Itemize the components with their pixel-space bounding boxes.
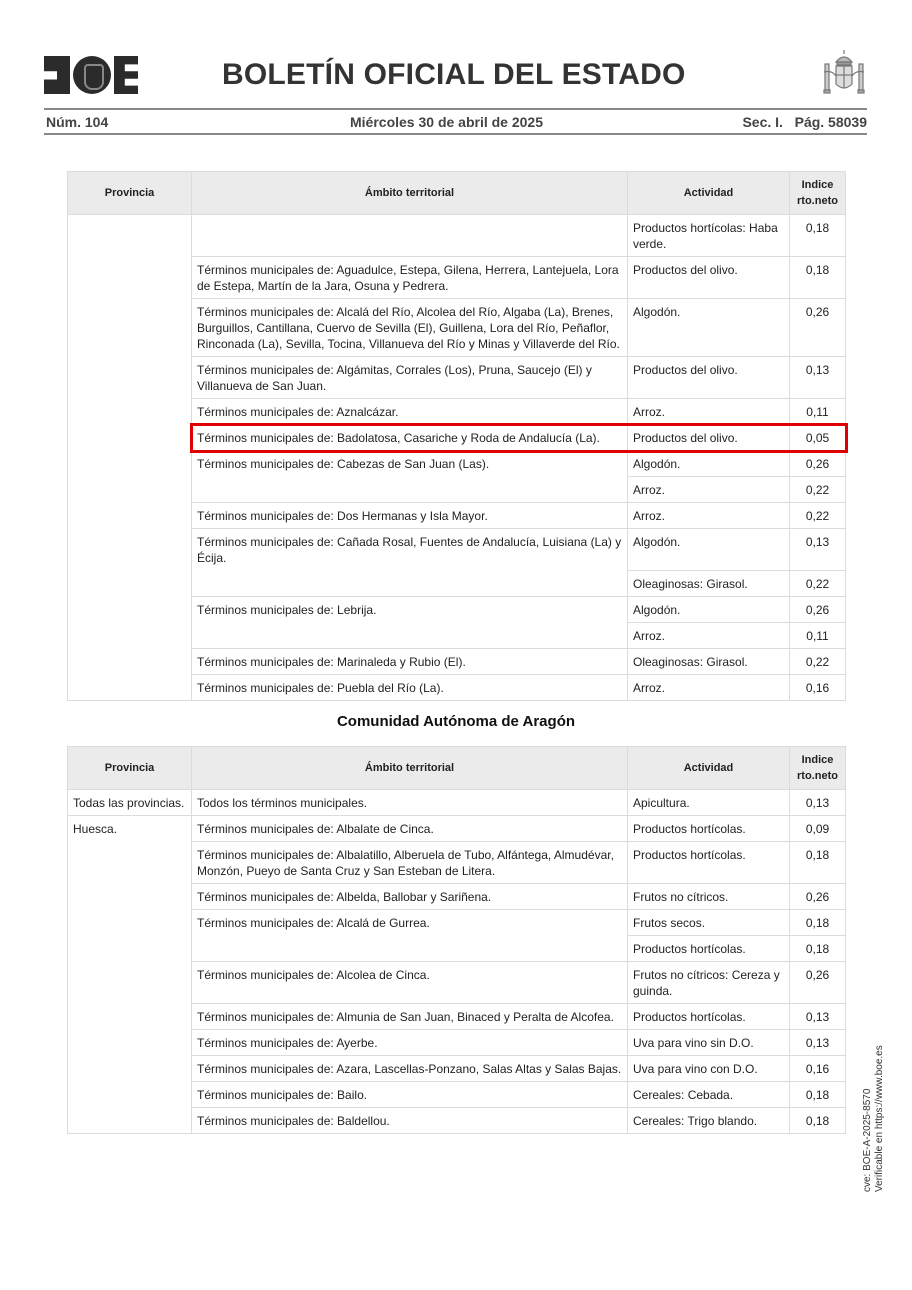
cell-ambito xyxy=(192,215,628,257)
cell-indice: 0,16 xyxy=(790,1056,846,1082)
cell-indice: 0,05 xyxy=(790,425,846,451)
cell-actividad: Algodón. xyxy=(628,299,790,357)
cell-provincia xyxy=(68,215,192,257)
cell-provincia xyxy=(68,1030,192,1056)
cell-ambito: Términos municipales de: Badolatosa, Cas… xyxy=(192,425,628,451)
cell-ambito: Términos municipales de: Albalatillo, Al… xyxy=(192,842,628,884)
cell-indice: 0,13 xyxy=(790,790,846,816)
table-header-row: Provincia Ámbito territorial Actividad I… xyxy=(68,747,846,790)
cell-indice: 0,13 xyxy=(790,1004,846,1030)
cell-actividad: Arroz. xyxy=(628,399,790,425)
cell-ambito: Términos municipales de: Alcolea de Cinc… xyxy=(192,962,628,1004)
cell-indice: 0,13 xyxy=(790,357,846,399)
table-row: Productos hortícolas.0,18 xyxy=(68,936,846,962)
cell-ambito xyxy=(192,570,628,596)
cell-actividad: Frutos no cítricos: Cereza y guinda. xyxy=(628,962,790,1004)
cell-indice: 0,13 xyxy=(790,529,846,571)
col-header-provincia: Provincia xyxy=(68,747,192,790)
cell-indice: 0,18 xyxy=(790,215,846,257)
cell-indice: 0,26 xyxy=(790,596,846,622)
cell-provincia xyxy=(68,503,192,529)
col-header-indice: Indicerto.neto xyxy=(790,172,846,215)
cell-indice: 0,16 xyxy=(790,674,846,700)
cell-provincia xyxy=(68,1004,192,1030)
cell-actividad: Uva para vino con D.O. xyxy=(628,1056,790,1082)
col-header-ambito: Ámbito territorial xyxy=(192,747,628,790)
table-row: Términos municipales de: Algámitas, Corr… xyxy=(68,357,846,399)
cell-actividad: Productos del olivo. xyxy=(628,425,790,451)
cell-ambito: Términos municipales de: Cañada Rosal, F… xyxy=(192,529,628,571)
cell-provincia xyxy=(68,477,192,503)
cell-actividad: Cereales: Cebada. xyxy=(628,1082,790,1108)
cell-indice: 0,22 xyxy=(790,503,846,529)
cell-provincia: Huesca. xyxy=(68,816,192,842)
table-row: Arroz.0,11 xyxy=(68,622,846,648)
cell-actividad: Productos hortícolas. xyxy=(628,936,790,962)
cell-ambito xyxy=(192,622,628,648)
cell-ambito: Términos municipales de: Bailo. xyxy=(192,1082,628,1108)
table-row: Productos hortícolas: Haba verde.0,18 xyxy=(68,215,846,257)
cell-actividad: Algodón. xyxy=(628,529,790,571)
table-row: Términos municipales de: Cañada Rosal, F… xyxy=(68,529,846,571)
table-row: Términos municipales de: Ayerbe.Uva para… xyxy=(68,1030,846,1056)
cell-provincia xyxy=(68,399,192,425)
table-row: Términos municipales de: Marinaleda y Ru… xyxy=(68,648,846,674)
cell-actividad: Algodón. xyxy=(628,596,790,622)
cell-ambito: Términos municipales de: Albalate de Cin… xyxy=(192,816,628,842)
cell-ambito: Términos municipales de: Ayerbe. xyxy=(192,1030,628,1056)
cell-ambito: Términos municipales de: Alcalá de Gurre… xyxy=(192,910,628,936)
issue-number: Núm. 104 xyxy=(46,114,108,130)
table-row: Términos municipales de: Aguadulce, Este… xyxy=(68,257,846,299)
table-row: Términos municipales de: Albelda, Ballob… xyxy=(68,884,846,910)
table-row: Términos municipales de: Alcolea de Cinc… xyxy=(68,962,846,1004)
cell-actividad: Oleaginosas: Girasol. xyxy=(628,648,790,674)
cell-ambito: Términos municipales de: Almunia de San … xyxy=(192,1004,628,1030)
cell-provincia xyxy=(68,648,192,674)
cell-ambito: Términos municipales de: Azara, Lascella… xyxy=(192,1056,628,1082)
cell-indice: 0,26 xyxy=(790,451,846,477)
cell-actividad: Arroz. xyxy=(628,674,790,700)
cell-provincia xyxy=(68,674,192,700)
cell-provincia xyxy=(68,884,192,910)
cell-ambito: Términos municipales de: Marinaleda y Ru… xyxy=(192,648,628,674)
table-row: Términos municipales de: Alcalá del Río,… xyxy=(68,299,846,357)
cell-provincia xyxy=(68,570,192,596)
cell-indice: 0,11 xyxy=(790,399,846,425)
cell-provincia xyxy=(68,1082,192,1108)
header-rule-top xyxy=(44,108,867,110)
cell-indice: 0,22 xyxy=(790,648,846,674)
cell-actividad: Apicultura. xyxy=(628,790,790,816)
cell-indice: 0,26 xyxy=(790,884,846,910)
cell-indice: 0,18 xyxy=(790,842,846,884)
col-header-ambito: Ámbito territorial xyxy=(192,172,628,215)
boe-logo xyxy=(44,56,138,94)
col-header-actividad: Actividad xyxy=(628,172,790,215)
cell-actividad: Oleaginosas: Girasol. xyxy=(628,570,790,596)
cell-provincia xyxy=(68,1108,192,1134)
table-row: Todas las provincias.Todos los términos … xyxy=(68,790,846,816)
table-andalucia-sevilla: Provincia Ámbito territorial Actividad I… xyxy=(67,171,846,701)
cell-provincia xyxy=(68,425,192,451)
cell-indice: 0,18 xyxy=(790,257,846,299)
cell-ambito: Términos municipales de: Puebla del Río … xyxy=(192,674,628,700)
cell-actividad: Arroz. xyxy=(628,477,790,503)
cell-indice: 0,18 xyxy=(790,910,846,936)
cell-actividad: Productos del olivo. xyxy=(628,257,790,299)
cell-actividad: Arroz. xyxy=(628,622,790,648)
section-title-aragon: Comunidad Autónoma de Aragón xyxy=(0,713,912,730)
header-rule-bottom xyxy=(44,133,867,135)
cell-indice: 0,11 xyxy=(790,622,846,648)
cell-indice: 0,18 xyxy=(790,936,846,962)
cell-ambito: Términos municipales de: Dos Hermanas y … xyxy=(192,503,628,529)
table-row: Términos municipales de: Puebla del Río … xyxy=(68,674,846,700)
cell-indice: 0,13 xyxy=(790,1030,846,1056)
cell-provincia xyxy=(68,962,192,1004)
table-row: Términos municipales de: Cabezas de San … xyxy=(68,451,846,477)
cell-actividad: Productos hortícolas: Haba verde. xyxy=(628,215,790,257)
cell-ambito: Términos municipales de: Baldellou. xyxy=(192,1108,628,1134)
cell-indice: 0,18 xyxy=(790,1108,846,1134)
cell-actividad: Frutos secos. xyxy=(628,910,790,936)
cell-provincia xyxy=(68,842,192,884)
cell-provincia xyxy=(68,299,192,357)
cell-provincia xyxy=(68,936,192,962)
cell-provincia xyxy=(68,257,192,299)
section-page: Sec. I. Pág. 58039 xyxy=(742,114,867,130)
cell-indice: 0,26 xyxy=(790,299,846,357)
cell-provincia xyxy=(68,596,192,622)
table-row: Huesca.Términos municipales de: Albalate… xyxy=(68,816,846,842)
cell-ambito: Términos municipales de: Aznalcázar. xyxy=(192,399,628,425)
table-row: Términos municipales de: Lebrija.Algodón… xyxy=(68,596,846,622)
cell-indice: 0,18 xyxy=(790,1082,846,1108)
cell-ambito: Términos municipales de: Lebrija. xyxy=(192,596,628,622)
cell-actividad: Productos hortícolas. xyxy=(628,842,790,884)
table-row: Términos municipales de: Aznalcázar.Arro… xyxy=(68,399,846,425)
cell-actividad: Cereales: Trigo blando. xyxy=(628,1108,790,1134)
coat-of-arms-seal-icon xyxy=(73,56,111,94)
table-header-row: Provincia Ámbito territorial Actividad I… xyxy=(68,172,846,215)
cell-ambito: Términos municipales de: Algámitas, Corr… xyxy=(192,357,628,399)
cell-provincia xyxy=(68,910,192,936)
cell-provincia xyxy=(68,451,192,477)
col-header-actividad: Actividad xyxy=(628,747,790,790)
col-header-provincia: Provincia xyxy=(68,172,192,215)
table-row: Términos municipales de: Almunia de San … xyxy=(68,1004,846,1030)
cell-indice: 0,26 xyxy=(790,962,846,1004)
issue-date: Miércoles 30 de abril de 2025 xyxy=(350,114,543,130)
table-aragon: Provincia Ámbito territorial Actividad I… xyxy=(67,746,846,1134)
cell-indice: 0,22 xyxy=(790,570,846,596)
table-row: Términos municipales de: Alcalá de Gurre… xyxy=(68,910,846,936)
cell-ambito: Términos municipales de: Alcalá del Río,… xyxy=(192,299,628,357)
cell-indice: 0,22 xyxy=(790,477,846,503)
table-row: Arroz.0,22 xyxy=(68,477,846,503)
table-row: Términos municipales de: Albalatillo, Al… xyxy=(68,842,846,884)
cell-ambito xyxy=(192,477,628,503)
cell-provincia: Todas las provincias. xyxy=(68,790,192,816)
cell-indice: 0,09 xyxy=(790,816,846,842)
cell-ambito: Términos municipales de: Aguadulce, Este… xyxy=(192,257,628,299)
page-title: BOLETÍN OFICIAL DEL ESTADO xyxy=(222,58,686,92)
cell-actividad: Productos del olivo. xyxy=(628,357,790,399)
table-row: Términos municipales de: Bailo.Cereales:… xyxy=(68,1082,846,1108)
cell-ambito: Términos municipales de: Cabezas de San … xyxy=(192,451,628,477)
cell-provincia xyxy=(68,622,192,648)
table-row: Oleaginosas: Girasol.0,22 xyxy=(68,570,846,596)
cve-verification-note: cve: BOE-A-2025-8570 Verificable en http… xyxy=(862,1045,886,1192)
verify-url: Verificable en https://www.boe.es xyxy=(874,1045,886,1192)
logo-letter-e xyxy=(114,56,138,94)
cell-actividad: Algodón. xyxy=(628,451,790,477)
cell-provincia xyxy=(68,1056,192,1082)
spain-coat-of-arms-icon xyxy=(820,48,868,100)
cell-ambito: Todos los términos municipales. xyxy=(192,790,628,816)
table-row-highlighted: Términos municipales de: Badolatosa, Cas… xyxy=(68,425,846,451)
table-row: Términos municipales de: Baldellou.Cerea… xyxy=(68,1108,846,1134)
col-header-indice: Indicerto.neto xyxy=(790,747,846,790)
cell-actividad: Uva para vino sin D.O. xyxy=(628,1030,790,1056)
cell-provincia xyxy=(68,357,192,399)
cell-ambito: Términos municipales de: Albelda, Ballob… xyxy=(192,884,628,910)
table-row: Términos municipales de: Dos Hermanas y … xyxy=(68,503,846,529)
cell-actividad: Frutos no cítricos. xyxy=(628,884,790,910)
cell-actividad: Productos hortícolas. xyxy=(628,1004,790,1030)
cell-actividad: Productos hortícolas. xyxy=(628,816,790,842)
cell-provincia xyxy=(68,529,192,571)
cve-code: cve: BOE-A-2025-8570 xyxy=(862,1045,874,1192)
cell-ambito xyxy=(192,936,628,962)
logo-letter-b xyxy=(44,56,70,94)
table-row: Términos municipales de: Azara, Lascella… xyxy=(68,1056,846,1082)
cell-actividad: Arroz. xyxy=(628,503,790,529)
